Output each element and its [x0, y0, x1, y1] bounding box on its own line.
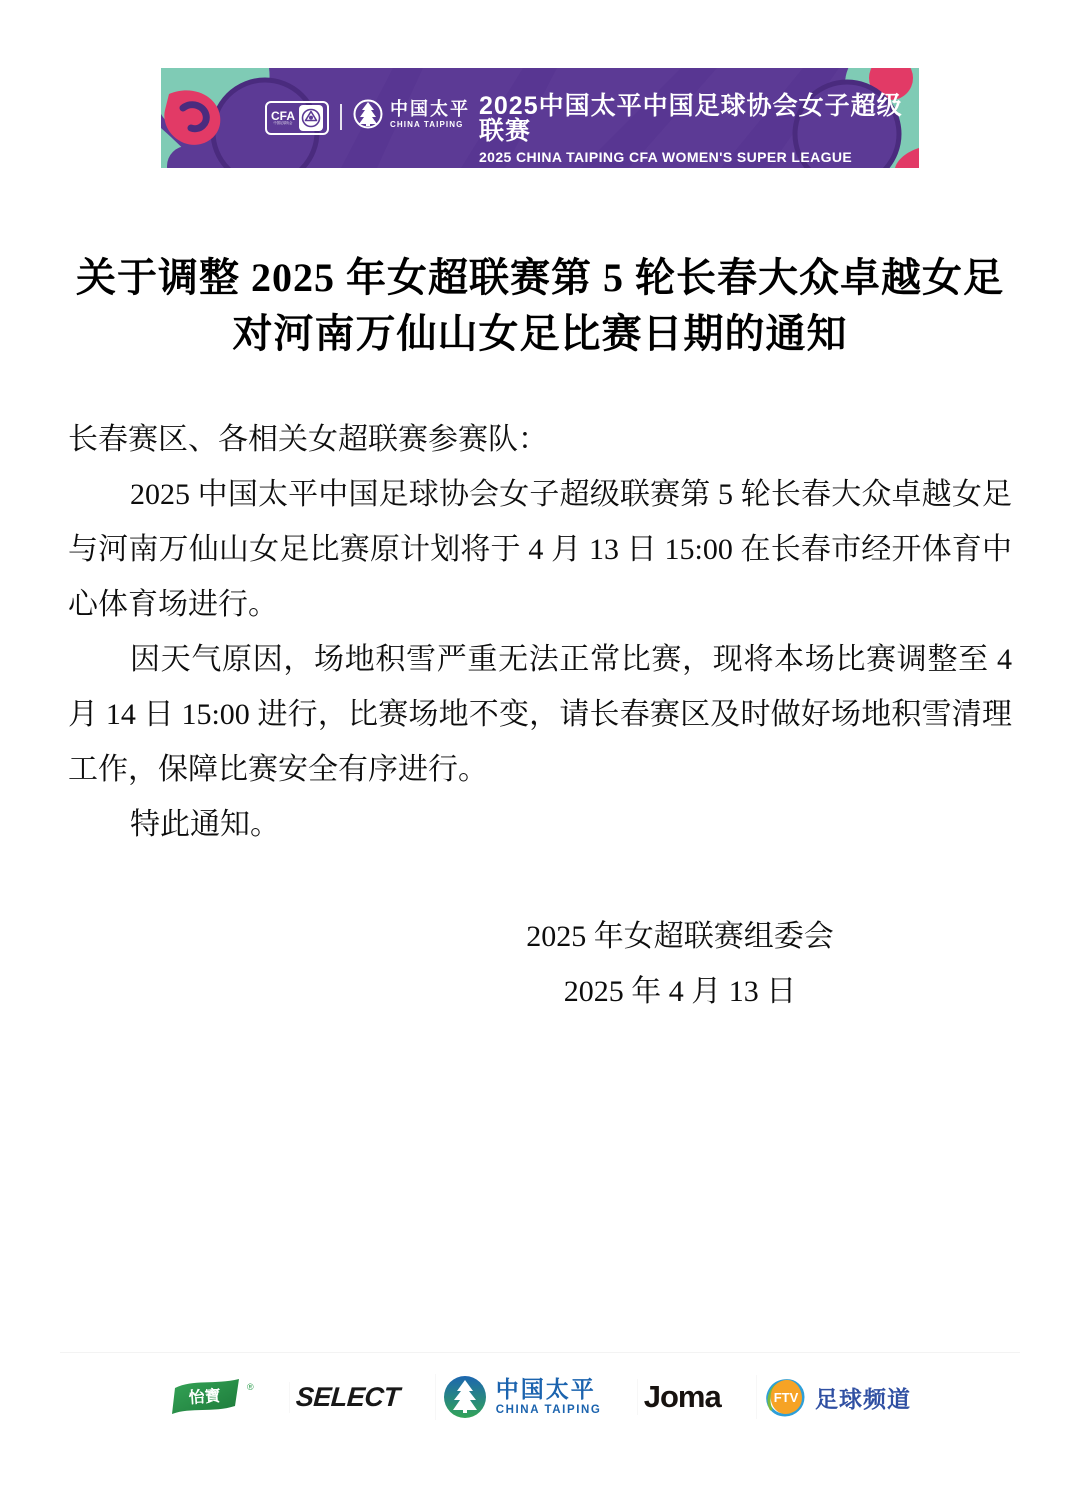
cestbon-flag-icon: 怡寶 [171, 1376, 245, 1418]
sponsor-china-taiping: 中国太平 CHINA TAIPING [435, 1374, 608, 1420]
paragraph-2: 因天气原因，场地积雪严重无法正常比赛，现将本场比赛调整至 4 月 14 日 15… [68, 632, 1012, 797]
banner-divider [340, 104, 342, 130]
league-title-cn: 2025中国太平中国足球协会女子超级联赛 [479, 94, 919, 144]
salutation: 长春赛区、各相关女超联赛参赛队： [68, 412, 1012, 467]
sponsor-joma: Joma [637, 1379, 727, 1415]
league-title-en: 2025 CHINA TAIPING CFA WOMEN'S SUPER LEA… [479, 150, 919, 164]
china-taiping-banner-logo: 中国太平 CHINA TAIPING [353, 97, 470, 131]
taiping-footer-cn-label: 中国太平 [496, 1378, 602, 1401]
taiping-footer-en-label: CHINA TAIPING [496, 1405, 602, 1417]
china-taiping-icon [442, 1374, 488, 1420]
sponsors-divider [60, 1352, 1020, 1353]
sponsor-ftv: FTV 足球频道 [756, 1375, 917, 1419]
notice-title-line2: 对河南万仙山女足比赛日期的通知 [0, 306, 1080, 362]
notice-title: 关于调整 2025 年女超联赛第 5 轮长春大众卓越女足 对河南万仙山女足比赛日… [0, 250, 1080, 362]
cfa-sub-label: 中国足球协会 [269, 122, 298, 125]
svg-text:FTV: FTV [774, 1390, 799, 1405]
ftv-channel-label: 足球频道 [815, 1381, 911, 1414]
sponsors-row: 怡寶 ® SELECT 中国太平 CHINA TAIPING [165, 1356, 917, 1438]
notice-document-page: CFA 中国足球协会 中国太平 CHINA TAIPING [0, 0, 1080, 1503]
svg-text:怡寶: 怡寶 [188, 1386, 221, 1407]
joma-wordmark: Joma [644, 1379, 721, 1415]
league-title-block: 2025中国太平中国足球协会女子超级联赛 2025 CHINA TAIPING … [479, 94, 919, 164]
cestbon-registered-mark: ® [247, 1382, 254, 1392]
taiping-cn-label: 中国太平 [390, 100, 470, 118]
pine-tree-icon [353, 97, 383, 131]
cfa-wordmark: CFA 中国足球协会 [267, 110, 299, 126]
taiping-en-label: CHINA TAIPING [390, 121, 470, 129]
paragraph-1: 2025 中国太平中国足球协会女子超级联赛第 5 轮长春大众卓越女足与河南万仙山… [68, 467, 1012, 632]
paragraph-3: 特此通知。 [68, 797, 1012, 852]
cfa-logo: CFA 中国足球协会 [265, 101, 329, 135]
cfa-emblem-icon [299, 105, 323, 131]
signature-block: 2025 年女超联赛组委会 2025 年 4 月 13 日 [348, 909, 1012, 1019]
select-wordmark: SELECT [295, 1382, 401, 1413]
sponsor-cestbon: 怡寶 ® [165, 1376, 260, 1418]
signature-org: 2025 年女超联赛组委会 [348, 909, 1012, 964]
notice-title-line1: 关于调整 2025 年女超联赛第 5 轮长春大众卓越女足 [0, 250, 1080, 306]
sponsor-select: SELECT [289, 1382, 406, 1413]
signature-date: 2025 年 4 月 13 日 [348, 964, 1012, 1019]
notice-body: 长春赛区、各相关女超联赛参赛队： 2025 中国太平中国足球协会女子超级联赛第 … [68, 412, 1012, 852]
league-banner: CFA 中国足球协会 中国太平 CHINA TAIPING [161, 68, 919, 168]
ftv-icon: FTV [763, 1375, 807, 1419]
